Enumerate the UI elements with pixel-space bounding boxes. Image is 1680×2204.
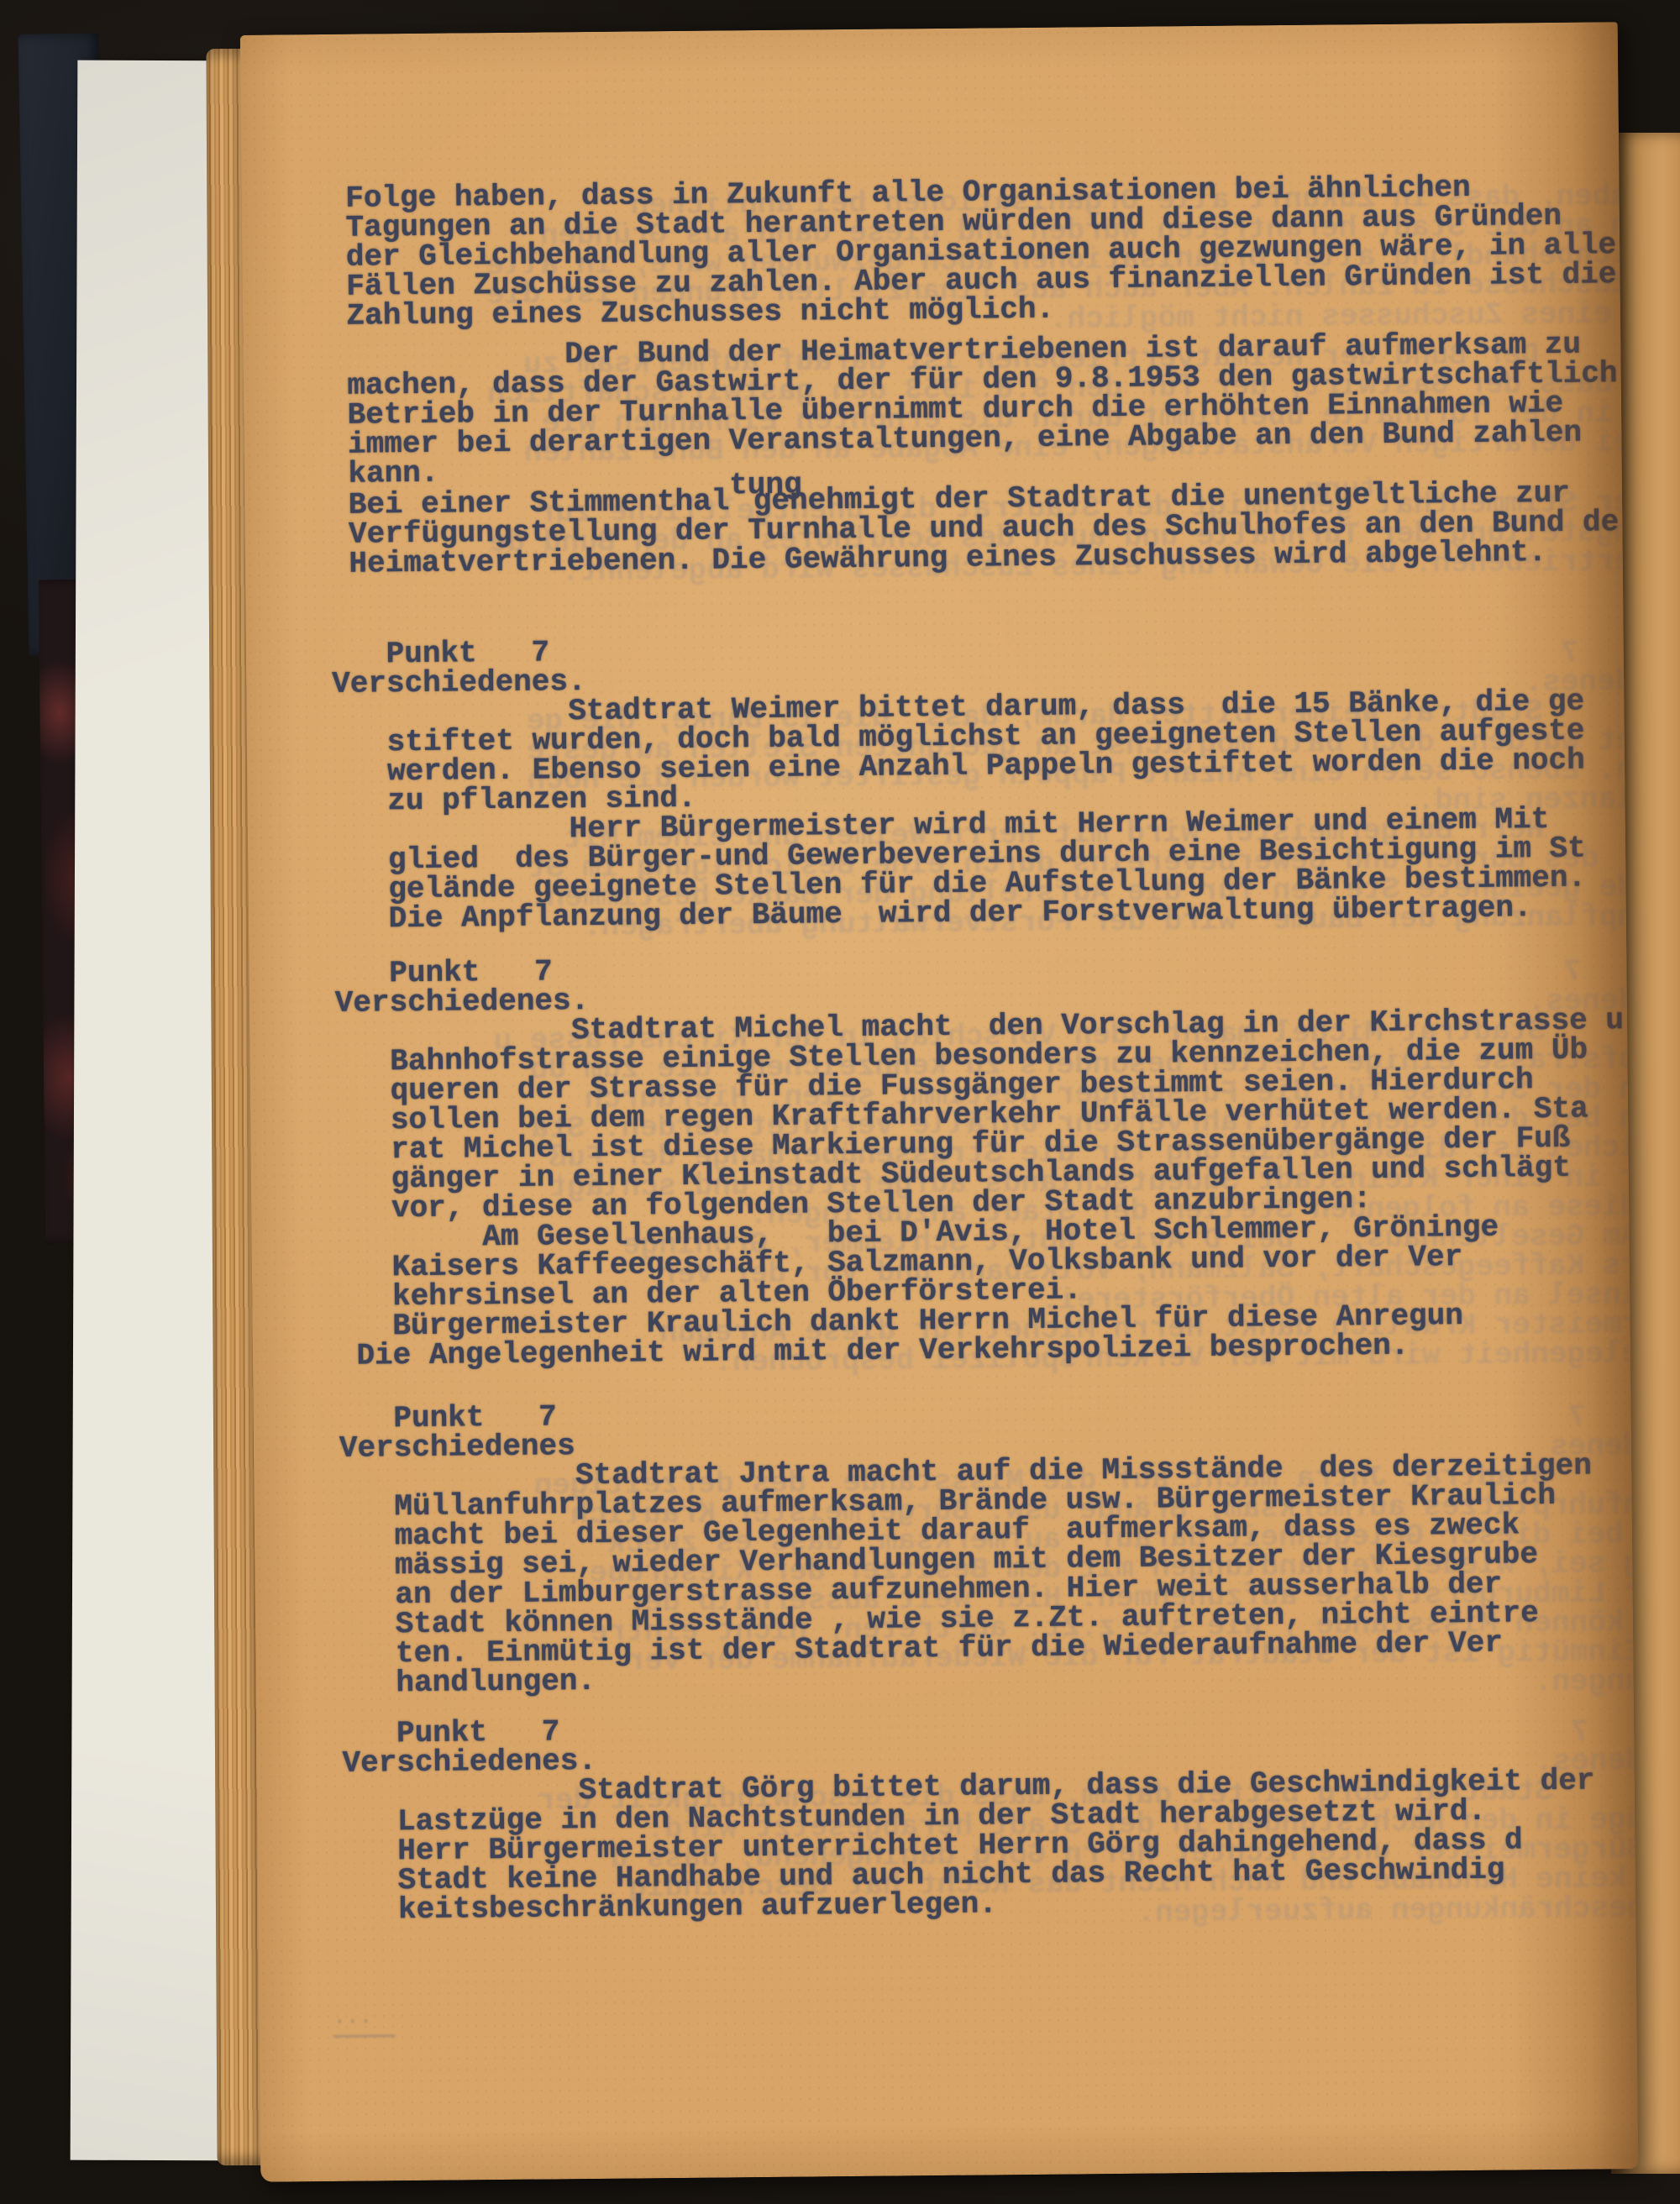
heading-punkt-7-2: Punkt 7Verschiedenes.	[334, 957, 589, 1018]
paragraph-intra-muellplatz: Stadtrat Jntra macht auf die Missstände …	[339, 1451, 1593, 1698]
paragraph-weimer-baenke: Stadtrat Weimer bittet darum, dass die 1…	[332, 687, 1585, 816]
paragraph-zuschuss-ablehnung: Folge haben, dass in Zukunft alle Organi…	[327, 171, 1616, 331]
heading-punkt-7-3: Punkt 7Verschiedenes	[339, 1402, 575, 1463]
heading-punkt-7-1: Punkt 7Verschiedenes.	[332, 638, 586, 699]
paragraph-stimmenthaltung: Bei einer Stimmenthaltunggenehmigt der S…	[330, 478, 1620, 579]
scanned-page: Folge haben, dass in Zukunft alle Organi…	[240, 22, 1638, 2182]
typewritten-text: Folge haben, dass in Zukunft alle Organi…	[326, 22, 1638, 2181]
heading-punkt-7-4: Punkt 7Verschiedenes.	[342, 1717, 596, 1778]
pencil-smudge: ···	[333, 2012, 395, 2038]
superscript-insertion: tung	[729, 468, 802, 503]
paragraph-bund-heimatvertriebene: Der Bund der Heimatvertriebenen ist dara…	[328, 329, 1618, 489]
paragraph-buergermeister-besichtigung: Herr Bürgermeister wird mit Herrn Weimer…	[333, 805, 1587, 934]
paragraph-michel-fussgaenger: Stadtrat Michel macht den Vorschlag in d…	[335, 1005, 1627, 1371]
paragraph-goerg-geschwindigkeit: Stadtrat Görg bittet darum, dass die Ges…	[343, 1766, 1596, 1925]
